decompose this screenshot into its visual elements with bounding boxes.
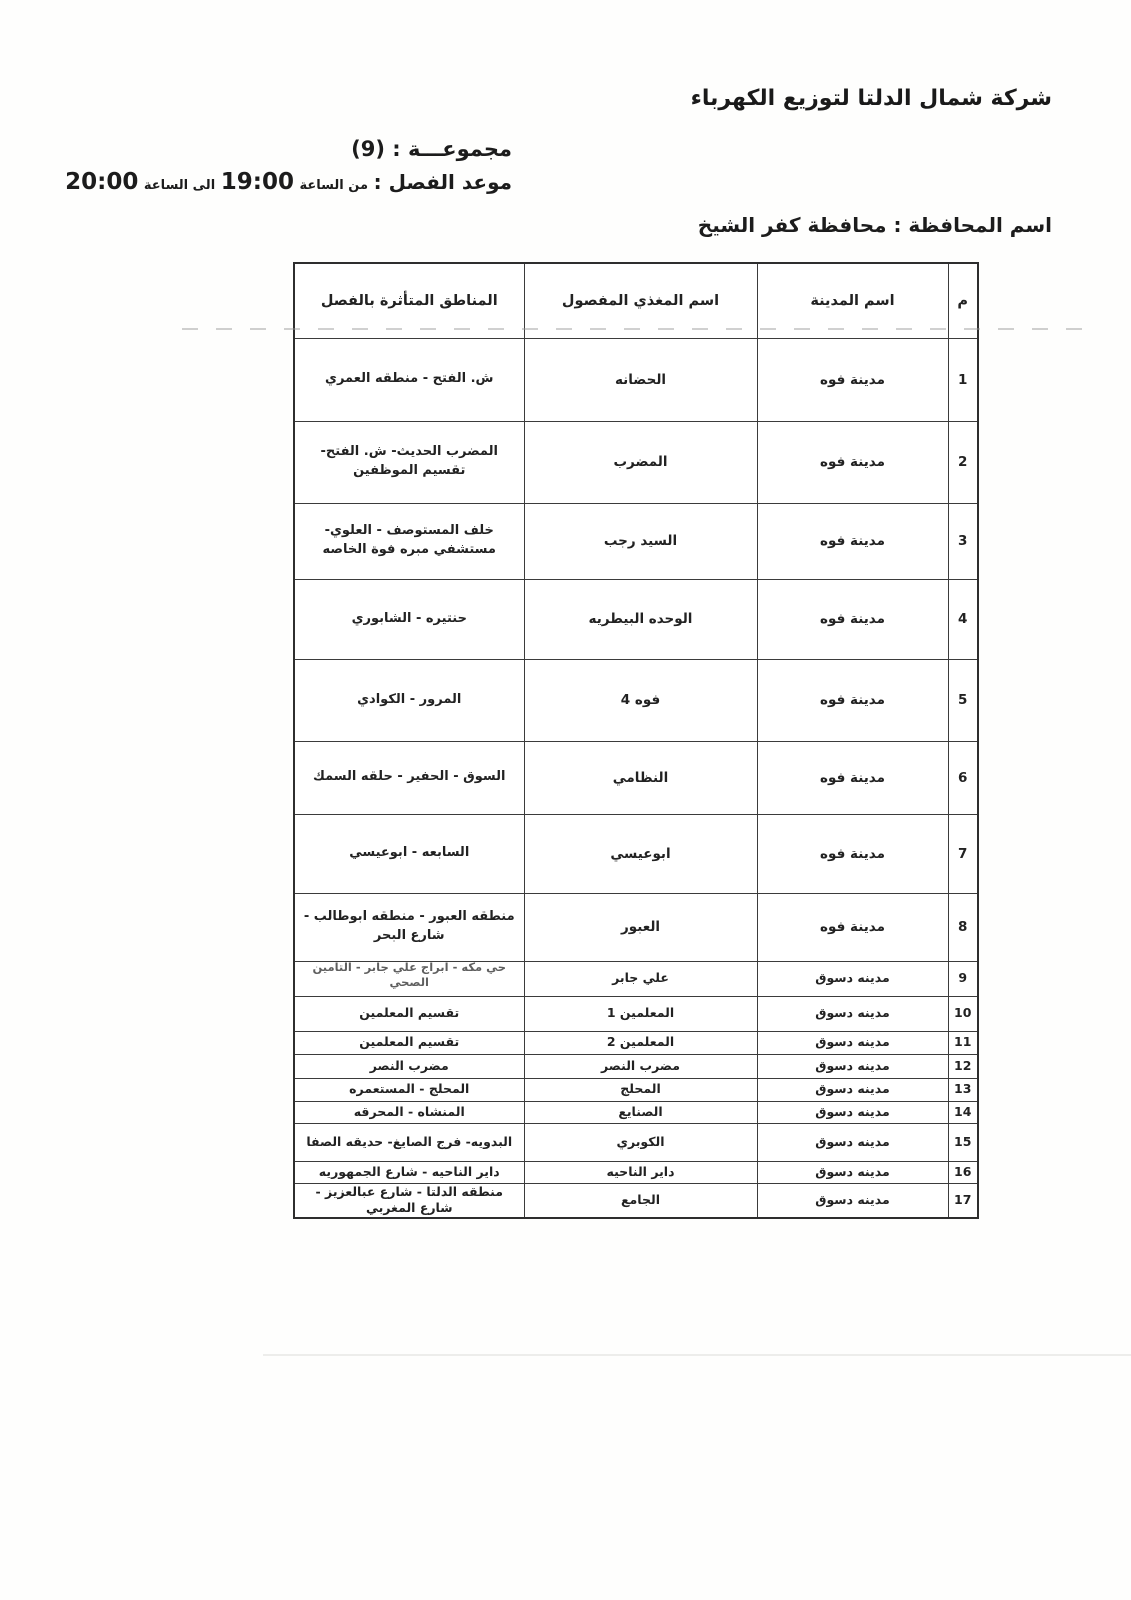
row-index: 10 [948, 996, 978, 1031]
row-areas-text: ش. الفتح - منطقه العمري [301, 370, 518, 389]
row-feeder: النظامي [524, 741, 757, 814]
row-index: 4 [948, 579, 978, 659]
table-row: 2 مدينة فوه المضرب المضرب الحديث- ش. الف… [294, 421, 978, 503]
row-feeder: المعلمين 2 [524, 1031, 757, 1054]
table-row: 1 مدينة فوه الحضانه ش. الفتح - منطقه الع… [294, 338, 978, 421]
row-feeder: الكوبري [524, 1123, 757, 1161]
table-header: م اسم المدينة اسم المغذي المفصول المناطق… [294, 263, 978, 338]
row-areas-text: المرور - الكوادي [301, 691, 518, 710]
row-areas: المحلج - المستعمره [294, 1078, 524, 1101]
table-row: 7 مدينة فوه ابوعيسي السابعه - ابوعيسي [294, 814, 978, 893]
row-areas: حي مكه - ابراج علي جابر - التامين الصحي [294, 961, 524, 996]
row-city: مدينه دسوق [757, 1101, 948, 1123]
row-feeder: المحلج [524, 1078, 757, 1101]
row-feeder: المعلمين 1 [524, 996, 757, 1031]
row-index: 12 [948, 1054, 978, 1078]
row-areas-text: حي مكه - ابراج علي جابر - التامين الصحي [297, 960, 522, 994]
row-areas: حنتيره - الشابوري [294, 579, 524, 659]
row-city: مدينه دسوق [757, 1054, 948, 1078]
row-city: مدينه دسوق [757, 961, 948, 996]
outage-table: م اسم المدينة اسم المغذي المفصول المناطق… [293, 262, 979, 1219]
row-feeder: العبور [524, 893, 757, 961]
table-row: 12 مدينه دسوق مضرب النصر مضرب النصر [294, 1054, 978, 1078]
row-areas-text: منطقه العبور - منطقه ابوطالب - شارع البح… [301, 908, 518, 946]
row-feeder: المضرب [524, 421, 757, 503]
row-city: مدينة فوه [757, 503, 948, 579]
governorate-title: اسم المحافظة : محافظة كفر الشيخ [698, 213, 1052, 237]
row-index: 3 [948, 503, 978, 579]
row-areas-text: خلف المستوصف - العلوي- مستشفي مبره فوة ا… [301, 522, 518, 560]
row-city: مدينه دسوق [757, 1183, 948, 1218]
row-city: مدينه دسوق [757, 996, 948, 1031]
scan-artifact-faint-line [263, 1354, 1131, 1356]
col-header-index: م [948, 263, 978, 338]
group-label: مجموعـــة : (9) [351, 137, 512, 161]
row-city: مدينة فوه [757, 421, 948, 503]
row-areas-text: المنشاه - المحرقه [299, 1104, 520, 1121]
row-index: 7 [948, 814, 978, 893]
row-areas-text: السابعه - ابوعيسي [301, 844, 518, 863]
schedule-to-time: 20:00 [65, 169, 138, 195]
header-row: م اسم المدينة اسم المغذي المفصول المناطق… [294, 263, 978, 338]
row-areas-text: البدويه- فرج الصايغ- حديقه الصفا [299, 1134, 520, 1151]
row-city: مدينة فوه [757, 893, 948, 961]
row-index: 9 [948, 961, 978, 996]
table-row: 5 مدينة فوه فوه 4 المرور - الكوادي [294, 659, 978, 741]
row-areas: تقسيم المعلمين [294, 1031, 524, 1054]
table-body: 1 مدينة فوه الحضانه ش. الفتح - منطقه الع… [294, 338, 978, 1218]
row-index: 15 [948, 1123, 978, 1161]
row-city: مدينه دسوق [757, 1078, 948, 1101]
row-city: مدينة فوه [757, 659, 948, 741]
row-index: 1 [948, 338, 978, 421]
table-row: 15 مدينه دسوق الكوبري البدويه- فرج الصاي… [294, 1123, 978, 1161]
row-city: مدينه دسوق [757, 1123, 948, 1161]
row-index: 13 [948, 1078, 978, 1101]
table-row: 9 مدينه دسوق علي جابر حي مكه - ابراج علي… [294, 961, 978, 996]
table-row: 6 مدينة فوه النظامي السوق - الحفير - حلق… [294, 741, 978, 814]
row-index: 8 [948, 893, 978, 961]
table-row: 13 مدينه دسوق المحلج المحلج - المستعمره [294, 1078, 978, 1101]
row-areas: السابعه - ابوعيسي [294, 814, 524, 893]
col-header-city: اسم المدينة [757, 263, 948, 338]
table-row: 14 مدينه دسوق الصنايع المنشاه - المحرقه [294, 1101, 978, 1123]
table-row: 16 مدينه دسوق داير الناحيه داير الناحيه … [294, 1161, 978, 1183]
row-areas-text: منطقه الدلتا - شارع عبالعزيز - شارع المغ… [299, 1184, 520, 1218]
row-areas: داير الناحيه - شارع الجمهوريه [294, 1161, 524, 1183]
row-index: 17 [948, 1183, 978, 1218]
row-feeder: داير الناحيه [524, 1161, 757, 1183]
row-areas-text: تقسيم المعلمين [299, 1005, 520, 1022]
row-city: مدينة فوه [757, 814, 948, 893]
row-index: 14 [948, 1101, 978, 1123]
scanned-document-page: شركة شمال الدلتا لتوزيع الكهرباء مجموعــ… [0, 0, 1131, 1600]
row-feeder: الصنايع [524, 1101, 757, 1123]
row-city: مدينه دسوق [757, 1031, 948, 1054]
schedule-from-time: 19:00 [221, 169, 294, 195]
row-city: مدينة فوه [757, 338, 948, 421]
row-areas: تقسيم المعلمين [294, 996, 524, 1031]
row-areas-text: مضرب النصر [299, 1058, 520, 1075]
row-index: 16 [948, 1161, 978, 1183]
company-title: شركة شمال الدلتا لتوزيع الكهرباء [691, 86, 1052, 111]
table-row: 10 مدينه دسوق المعلمين 1 تقسيم المعلمين [294, 996, 978, 1031]
row-feeder: علي جابر [524, 961, 757, 996]
row-feeder: الجامع [524, 1183, 757, 1218]
row-areas-text: المحلج - المستعمره [299, 1081, 520, 1098]
row-areas-text: السوق - الحفير - حلقه السمك [301, 768, 518, 787]
row-index: 5 [948, 659, 978, 741]
row-areas: المنشاه - المحرقه [294, 1101, 524, 1123]
row-feeder: مضرب النصر [524, 1054, 757, 1078]
row-areas-text: المضرب الحديث- ش. الفتح- تقسيم الموظفين [301, 443, 518, 481]
row-feeder: الوحده البيطريه [524, 579, 757, 659]
schedule-to-word: الى الساعة [144, 178, 215, 193]
schedule-label: موعد الفصل : [374, 170, 512, 194]
row-areas: خلف المستوصف - العلوي- مستشفي مبره فوة ا… [294, 503, 524, 579]
schedule-from-word: من الساعة [300, 178, 369, 193]
row-areas: ش. الفتح - منطقه العمري [294, 338, 524, 421]
table-row: 8 مدينة فوه العبور منطقه العبور - منطقه … [294, 893, 978, 961]
row-areas: البدويه- فرج الصايغ- حديقه الصفا [294, 1123, 524, 1161]
row-city: مدينه دسوق [757, 1161, 948, 1183]
outage-schedule-line: موعد الفصل : من الساعة 19:00 الى الساعة … [65, 169, 512, 195]
row-areas-text: حنتيره - الشابوري [301, 610, 518, 629]
table-row: 3 مدينة فوه السيد رجب خلف المستوصف - الع… [294, 503, 978, 579]
row-city: مدينة فوه [757, 741, 948, 814]
row-areas: السوق - الحفير - حلقه السمك [294, 741, 524, 814]
table-row: 17 مدينه دسوق الجامع منطقه الدلتا - شارع… [294, 1183, 978, 1218]
row-areas: المضرب الحديث- ش. الفتح- تقسيم الموظفين [294, 421, 524, 503]
col-header-areas: المناطق المتأثرة بالفصل [294, 263, 524, 338]
row-index: 11 [948, 1031, 978, 1054]
table-row: 4 مدينة فوه الوحده البيطريه حنتيره - الش… [294, 579, 978, 659]
row-areas: مضرب النصر [294, 1054, 524, 1078]
col-header-feeder: اسم المغذي المفصول [524, 263, 757, 338]
row-feeder: السيد رجب [524, 503, 757, 579]
row-areas: منطقه الدلتا - شارع عبالعزيز - شارع المغ… [294, 1183, 524, 1218]
row-areas: منطقه العبور - منطقه ابوطالب - شارع البح… [294, 893, 524, 961]
row-feeder: الحضانه [524, 338, 757, 421]
row-areas: المرور - الكوادي [294, 659, 524, 741]
row-feeder: ابوعيسي [524, 814, 757, 893]
row-areas-text: داير الناحيه - شارع الجمهوريه [299, 1164, 520, 1181]
row-index: 2 [948, 421, 978, 503]
row-feeder: فوه 4 [524, 659, 757, 741]
row-city: مدينة فوه [757, 579, 948, 659]
table-row: 11 مدينه دسوق المعلمين 2 تقسيم المعلمين [294, 1031, 978, 1054]
row-index: 6 [948, 741, 978, 814]
row-areas-text: تقسيم المعلمين [299, 1034, 520, 1051]
